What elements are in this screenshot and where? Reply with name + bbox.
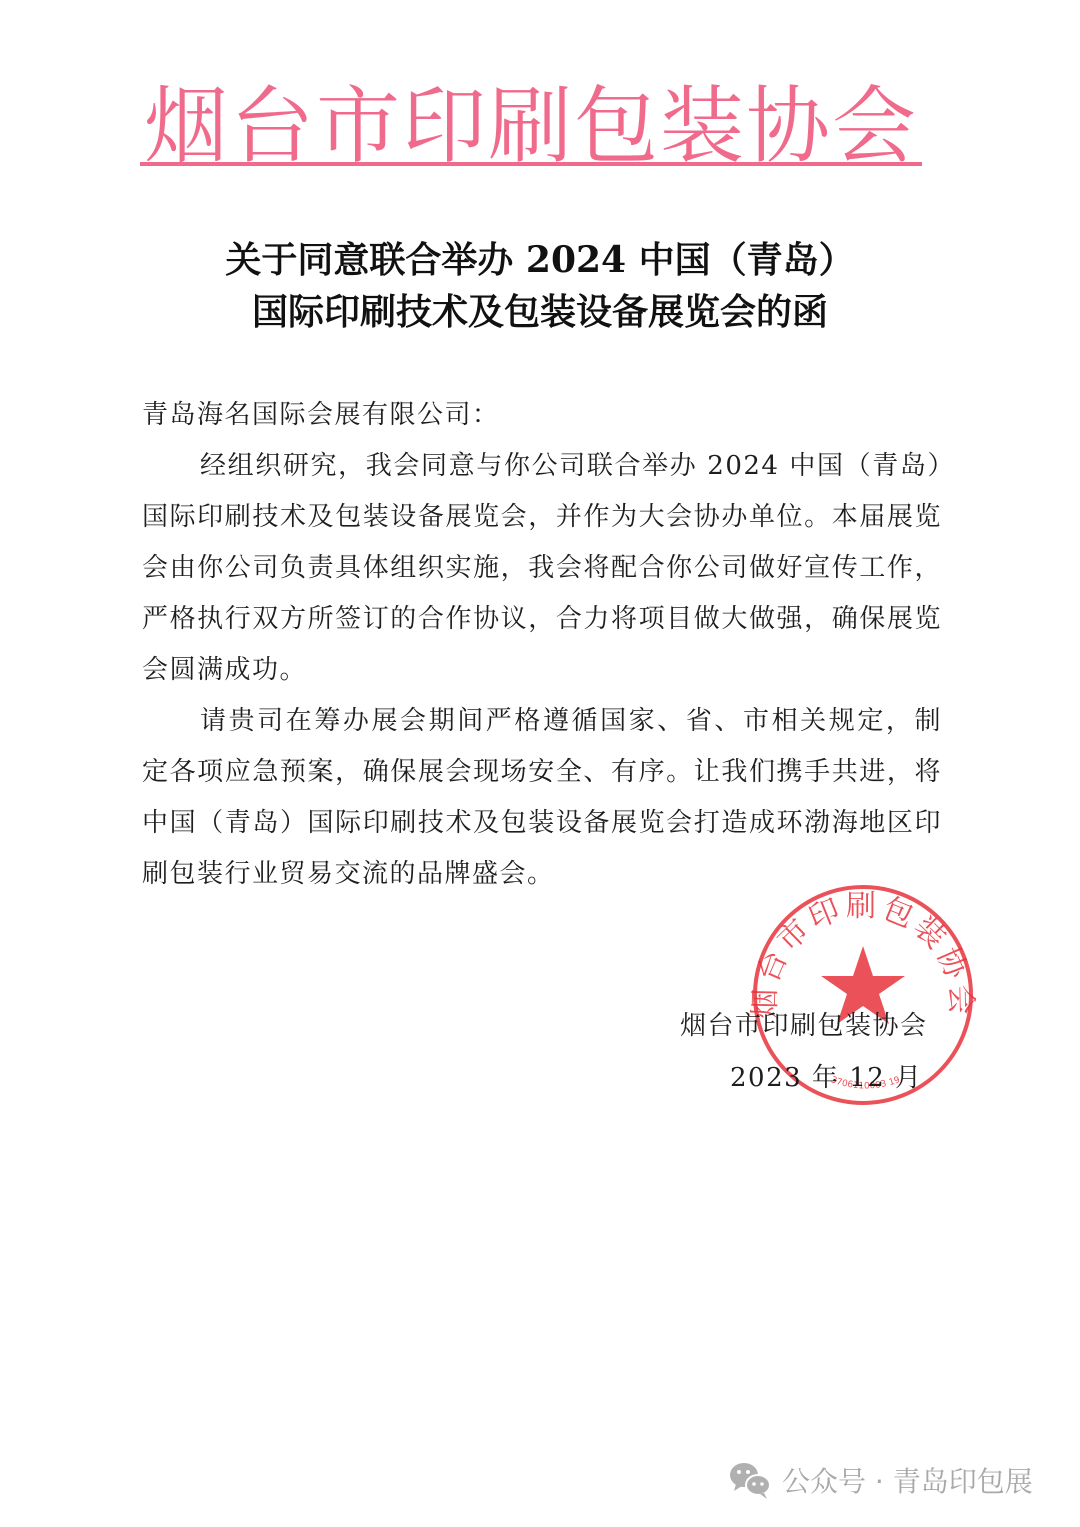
signature-organization: 烟台市印刷包装协会 (680, 1000, 928, 1052)
letterhead-organization: 烟台市印刷包装协会 (140, 78, 922, 174)
watermark-text: 公众号 · 青岛印包展 (782, 1460, 1033, 1500)
letterhead-rule (140, 162, 922, 166)
title-line-2: 国际印刷技术及包装设备展览会的函 (140, 286, 940, 338)
letterhead: 烟台市印刷包装协会 (140, 78, 922, 174)
signature-block: 烟台市印刷包装协会 2023 年 12 月 (680, 1000, 928, 1104)
document-title: 关于同意联合举办 2024 中国（青岛） 国际印刷技术及包装设备展览会的函 (140, 234, 940, 338)
salutation: 青岛海名国际会展有限公司： (142, 390, 942, 441)
paragraph-2: 请贵司在筹办展会期间严格遵循国家、省、市相关规定，制定各项应急预案，确保展会现场… (142, 696, 942, 900)
paragraph-1: 经组织研究，我会同意与你公司联合举办 2024 中国（青岛）国际印刷技术及包装设… (142, 441, 942, 696)
watermark: 公众号 · 青岛印包展 (728, 1456, 1033, 1504)
signature-date: 2023 年 12 月 (680, 1052, 928, 1104)
title-line-1: 关于同意联合举办 2024 中国（青岛） (140, 234, 940, 286)
letter-body: 青岛海名国际会展有限公司： 经组织研究，我会同意与你公司联合举办 2024 中国… (142, 390, 942, 900)
wechat-icon (728, 1460, 772, 1500)
